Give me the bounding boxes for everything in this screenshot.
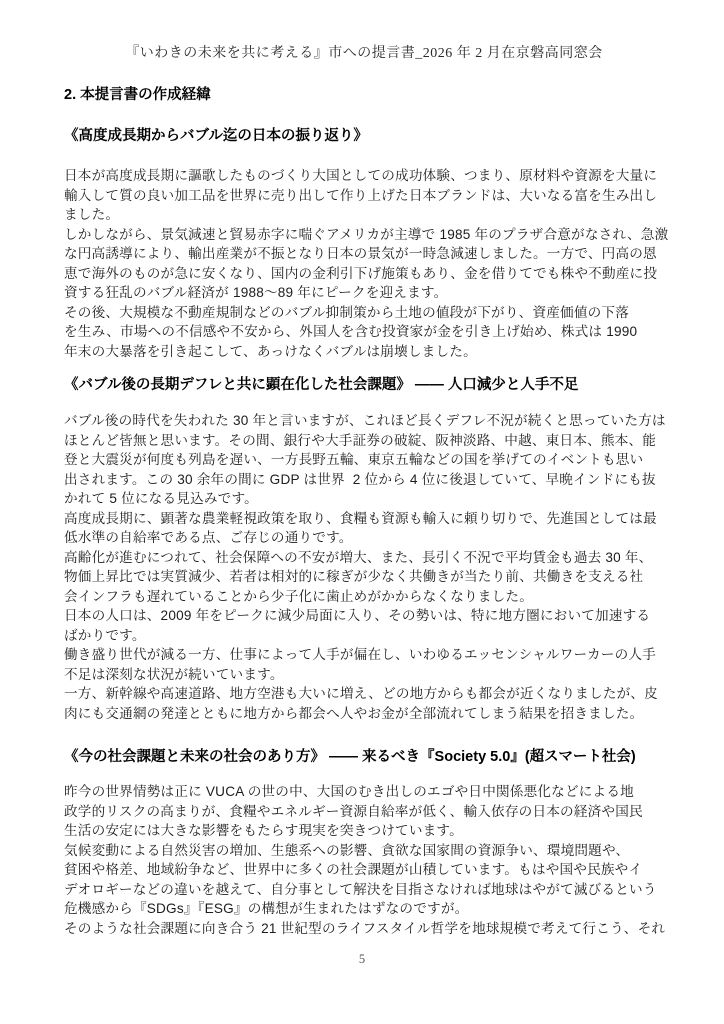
text-line: ました。 <box>64 205 664 225</box>
text-line: 貧困や格差、地域紛争など、世界中に多くの社会課題が山積しています。もはや国や民族… <box>64 860 664 880</box>
text-line: 日本の人口は、2009 年をピークに減少局面に入り、その勢いは、特に地方圏におい… <box>64 606 664 626</box>
text-line: 肉にも交通網の発達とともに地方から都会へ人やお金が全部流れてしまう結果を招きまし… <box>64 704 664 724</box>
text-line: 低水準の自給率である点、ご存じの通りです。 <box>64 528 664 548</box>
paragraph-social-issues: バブル後の時代を失われた 30 年と言いますが、これほど長くデフレ不況が続くと思… <box>64 411 664 723</box>
text-line: 高度成長期に、顕著な農業軽視政策を取り、食糧も資源も輸入に頼り切りで、先進国とし… <box>64 509 664 529</box>
text-line: 会インフラも遅れていることから少子化に歯止めがかからなくなりました。 <box>64 587 664 607</box>
section-number-title: 2. 本提言書の作成経緯 <box>64 88 664 103</box>
text-line: な円高誘導により、輸出産業が不振となり日本の景気が一時急減速しました。一方で、円… <box>64 244 664 264</box>
text-line: 不足は深刻な状況が続いています。 <box>64 665 664 685</box>
text-line: 出されます。この 30 余年の間に GDP は世界 2 位から 4 位に後退して… <box>64 470 664 490</box>
text-line: 日本が高度成長期に謳歌したものづくり大国としての成功体験、つまり、原材料や資源を… <box>64 166 664 186</box>
text-line: 気候変動による自然災害の増加、生態系への影響、貪欲な国家間の資源争い、環境問題や… <box>64 841 664 861</box>
text-line: しかしながら、景気減速と貿易赤字に喘ぐアメリカが主導で 1985 年のプラザ合意… <box>64 225 664 245</box>
paragraph-future-society: 昨今の世界情勢は正に VUCA の世の中、大国のむき出しのエゴや日中関係悪化など… <box>64 782 664 938</box>
text-line: ばかりです。 <box>64 626 664 646</box>
text-line: かれて 5 位になる見込みです。 <box>64 489 664 509</box>
text-line: デオロギーなどの違いを越えて、自分事として解決を目指さなければ地球はやがて滅びる… <box>64 880 664 900</box>
heading-economic-growth-to-bubble: 《高度成長期からバブル迄の日本の振り返り》 <box>64 129 664 144</box>
text-line: 資する狂乱のバブル経済が 1988～89 年にピークを迎えます。 <box>64 283 664 303</box>
heading-post-bubble-deflation: 《バブル後の長期デフレと共に顕在化した社会課題》 ―― 人口減少と人手不足 <box>64 378 664 393</box>
text-line: 昨今の世界情勢は正に VUCA の世の中、大国のむき出しのエゴや日中関係悪化など… <box>64 782 664 802</box>
text-line: 高齢化が進むにつれて、社会保障への不安が増大、また、長引く不況で平均賃金も過去 … <box>64 548 664 568</box>
text-line: 政学的リスクの高まりが、食糧やエネルギー資源自給率が低く、輸入依存の日本の経済や… <box>64 802 664 822</box>
text-line: その後、大規模な不動産規制などのバブル抑制策から土地の値段が下がり、資産価値の下… <box>64 303 664 323</box>
text-line: 一方、新幹線や高速道路、地方空港も大いに増え、どの地方からも都会が近くなりました… <box>64 684 664 704</box>
text-line: ほとんど皆無と思います。その間、銀行や大手証券の破綻、阪神淡路、中越、東日本、熊… <box>64 431 664 451</box>
text-line: 生活の安定には大きな影響をもたらす現実を突きつけています。 <box>64 821 664 841</box>
text-line: 輸入して質の良い加工品を世界に売り出して作り上げた日本ブランドは、大いなる富を生… <box>64 186 664 206</box>
text-line: 危機感から『SDGs』『ESG』の構想が生まれたはずなのですが。 <box>64 899 664 919</box>
page-number: 5 <box>0 952 724 967</box>
text-line: を生み、市場への不信感や不安から、外国人を含む投資家が金を引き上げ始め、株式は … <box>64 322 664 342</box>
text-line: そのような社会課題に向き合う 21 世紀型のライフスタイル哲学を地球規模で考えて… <box>64 919 664 939</box>
text-line: 物価上昇比では実質減少、若者は相対的に稼ぎが少なく共働きが当たり前、共働きを支え… <box>64 567 664 587</box>
text-line: 年末の大暴落を引き起こして、あっけなくバブルは崩壊しました。 <box>64 342 664 362</box>
document-page: 『いわきの未来を共に考える』市への提言書_2026 年 2 月在京磐高同窓会 2… <box>0 0 724 1024</box>
text-line: 働き盛り世代が減る一方、仕事によって人手が偏在し、いわゆるエッセンシャルワーカー… <box>64 645 664 665</box>
text-line: 登と大震災が何度も列島を遅い、一方長野五輪、東京五輪などの国を挙げてのイベントも… <box>64 450 664 470</box>
document-header-title: 『いわきの未来を共に考える』市への提言書_2026 年 2 月在京磐高同窓会 <box>64 46 664 62</box>
paragraph-bubble-era: 日本が高度成長期に謳歌したものづくり大国としての成功体験、つまり、原材料や資源を… <box>64 166 664 361</box>
text-line: バブル後の時代を失われた 30 年と言いますが、これほど長くデフレ不況が続くと思… <box>64 411 664 431</box>
heading-society-5-0: 《今の社会課題と未来の社会のあり方》 ―― 来るべき『Society 5.0』(… <box>64 750 664 765</box>
text-line: 恵で海外のものが急に安くなり、国内の金利引下げ施策もあり、金を借りてでも株や不動… <box>64 264 664 284</box>
